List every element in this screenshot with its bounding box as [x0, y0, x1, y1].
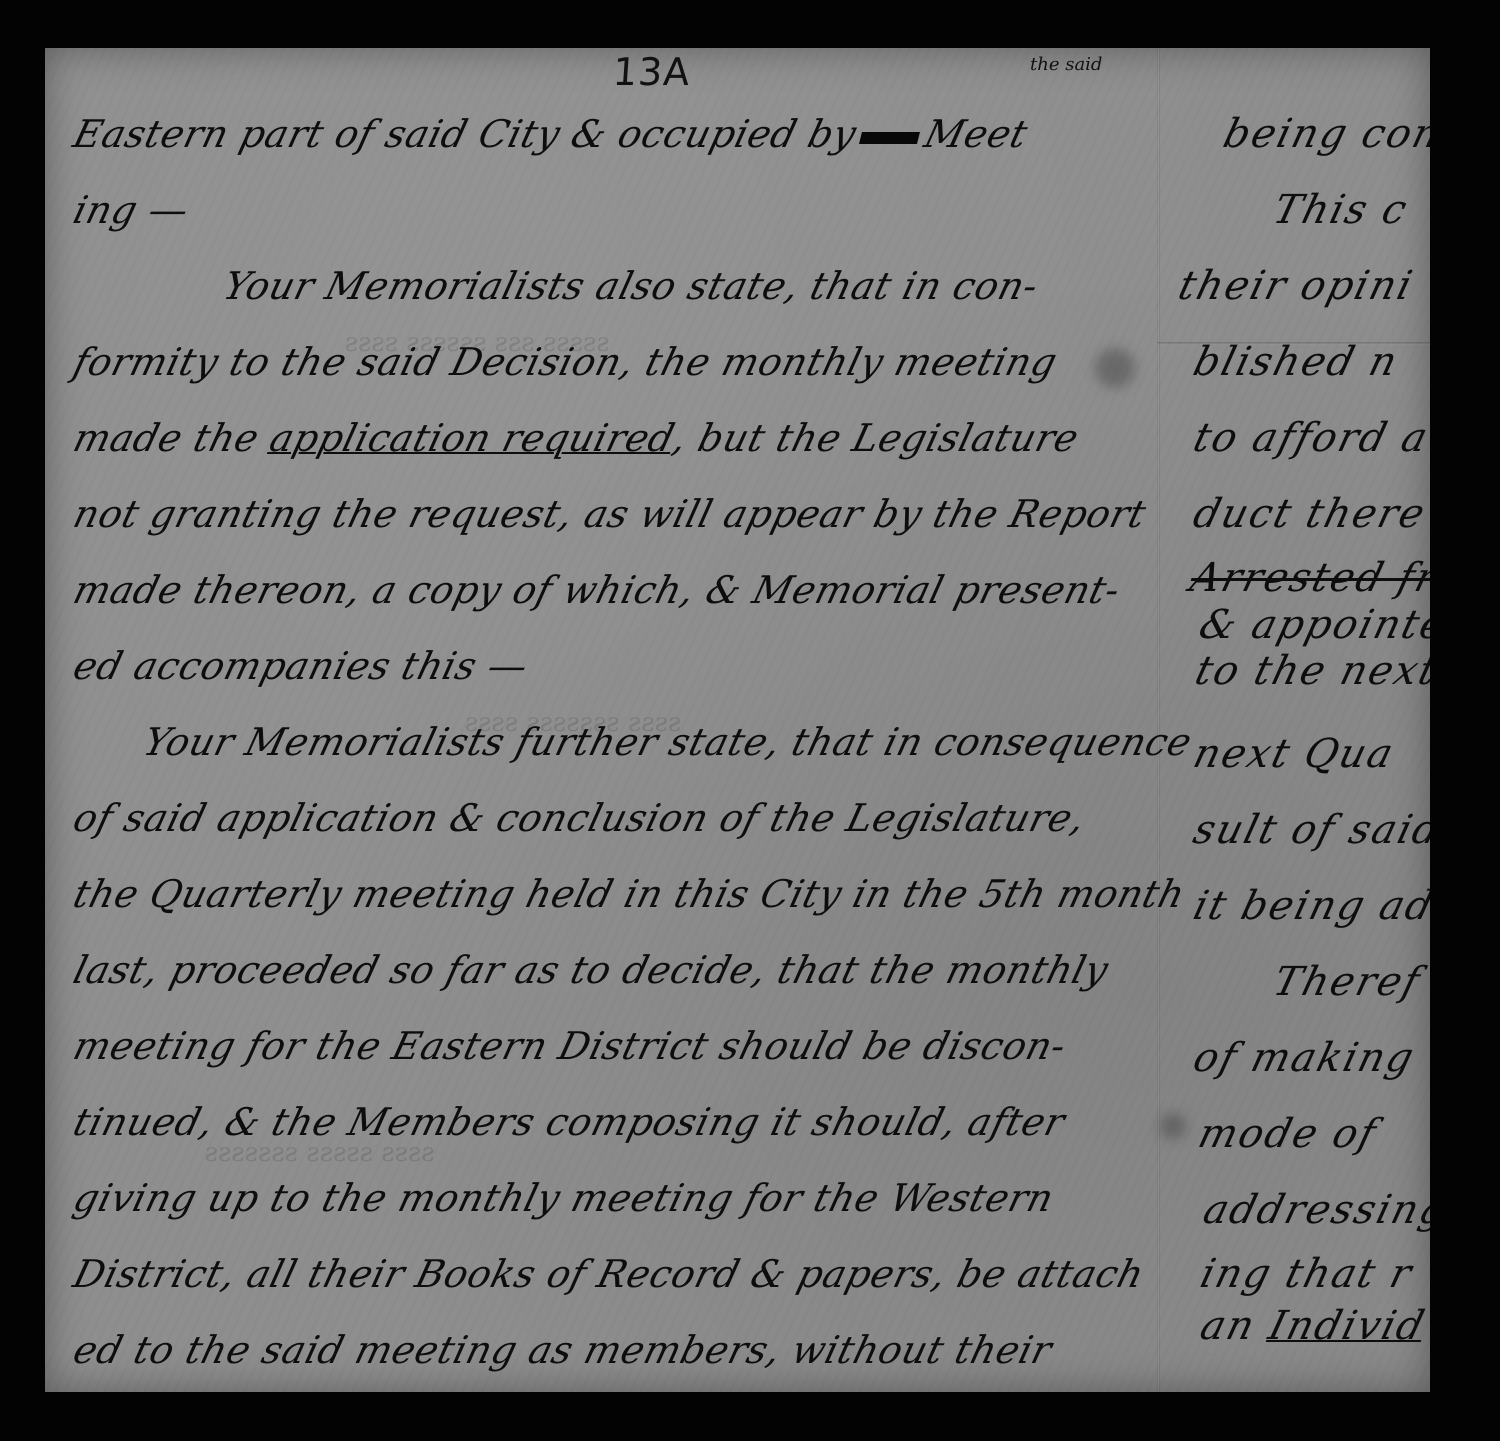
manuscript-line: to afford a — [1170, 400, 1430, 476]
manuscript-line: & appointed — [1170, 604, 1430, 646]
manuscript-line: Theref — [1170, 944, 1430, 1020]
right-column-text: being con This c their opini blished n t… — [1170, 96, 1430, 1352]
manuscript-line: of said application & conclusion of the … — [65, 780, 1164, 856]
manuscript-line: made thereon, a copy of which, & Memoria… — [65, 552, 1164, 628]
manuscript-line: ed accompanies this — — [65, 628, 1164, 704]
interlinear-insertion: the said — [1030, 54, 1102, 75]
underlined-word: Individ — [1264, 1303, 1430, 1349]
manuscript-line: tinued, & the Members composing it shoul… — [65, 1084, 1164, 1160]
manuscript-line: Your Memorialists further state, that in… — [65, 704, 1164, 780]
manuscript-line: Eastern part of said City & occupied byM… — [65, 96, 1164, 172]
manuscript-line: Your Memorialists also state, that in co… — [65, 248, 1164, 324]
manuscript-line: mode of — [1170, 1096, 1430, 1172]
manuscript-line: meeting for the Eastern District should … — [65, 1008, 1164, 1084]
manuscript-line: the Quarterly meeting held in this City … — [65, 856, 1164, 932]
manuscript-line: addressing — [1170, 1172, 1430, 1248]
struck-through-line: Arrested fro — [1170, 552, 1430, 604]
manuscript-line: ed to the said meeting as members, witho… — [65, 1312, 1164, 1388]
manuscript-line: of making — [1170, 1020, 1430, 1096]
manuscript-line: ing — — [65, 172, 1164, 248]
manuscript-line: being con — [1170, 96, 1430, 172]
manuscript-line: not granting the request, as will appear… — [65, 476, 1164, 552]
manuscript-line: duct there — [1170, 476, 1430, 552]
manuscript-line: their opini — [1170, 248, 1430, 324]
manuscript-line: to the next — [1170, 646, 1430, 716]
underlined-phrase: application required — [265, 416, 679, 460]
manuscript-line: next Qua — [1170, 716, 1430, 792]
manuscript-line: District, all their Books of Record & pa… — [65, 1236, 1164, 1312]
manuscript-line: it being ad — [1170, 868, 1430, 944]
scan-background: sssss sss ssssss ssss ssss sssssss ssss … — [0, 0, 1500, 1441]
manuscript-page: sssss sss ssssss ssss ssss sssssss ssss … — [45, 48, 1430, 1392]
left-column-text: Eastern part of said City & occupied byM… — [65, 96, 1145, 1388]
manuscript-line: ing that r — [1170, 1248, 1430, 1300]
manuscript-line: made the application required, but the L… — [65, 400, 1164, 476]
page-number-annotation: 13A — [611, 50, 691, 94]
manuscript-line: sult of said — [1170, 792, 1430, 868]
ink-blot-deletion — [859, 132, 920, 144]
manuscript-line: an Individ — [1170, 1300, 1430, 1352]
manuscript-line: formity to the said Decision, the monthl… — [65, 324, 1164, 400]
manuscript-line: giving up to the monthly meeting for the… — [65, 1160, 1164, 1236]
manuscript-line: blished n — [1170, 324, 1430, 400]
manuscript-line: This c — [1170, 172, 1430, 248]
manuscript-line: last, proceeded so far as to decide, tha… — [65, 932, 1164, 1008]
